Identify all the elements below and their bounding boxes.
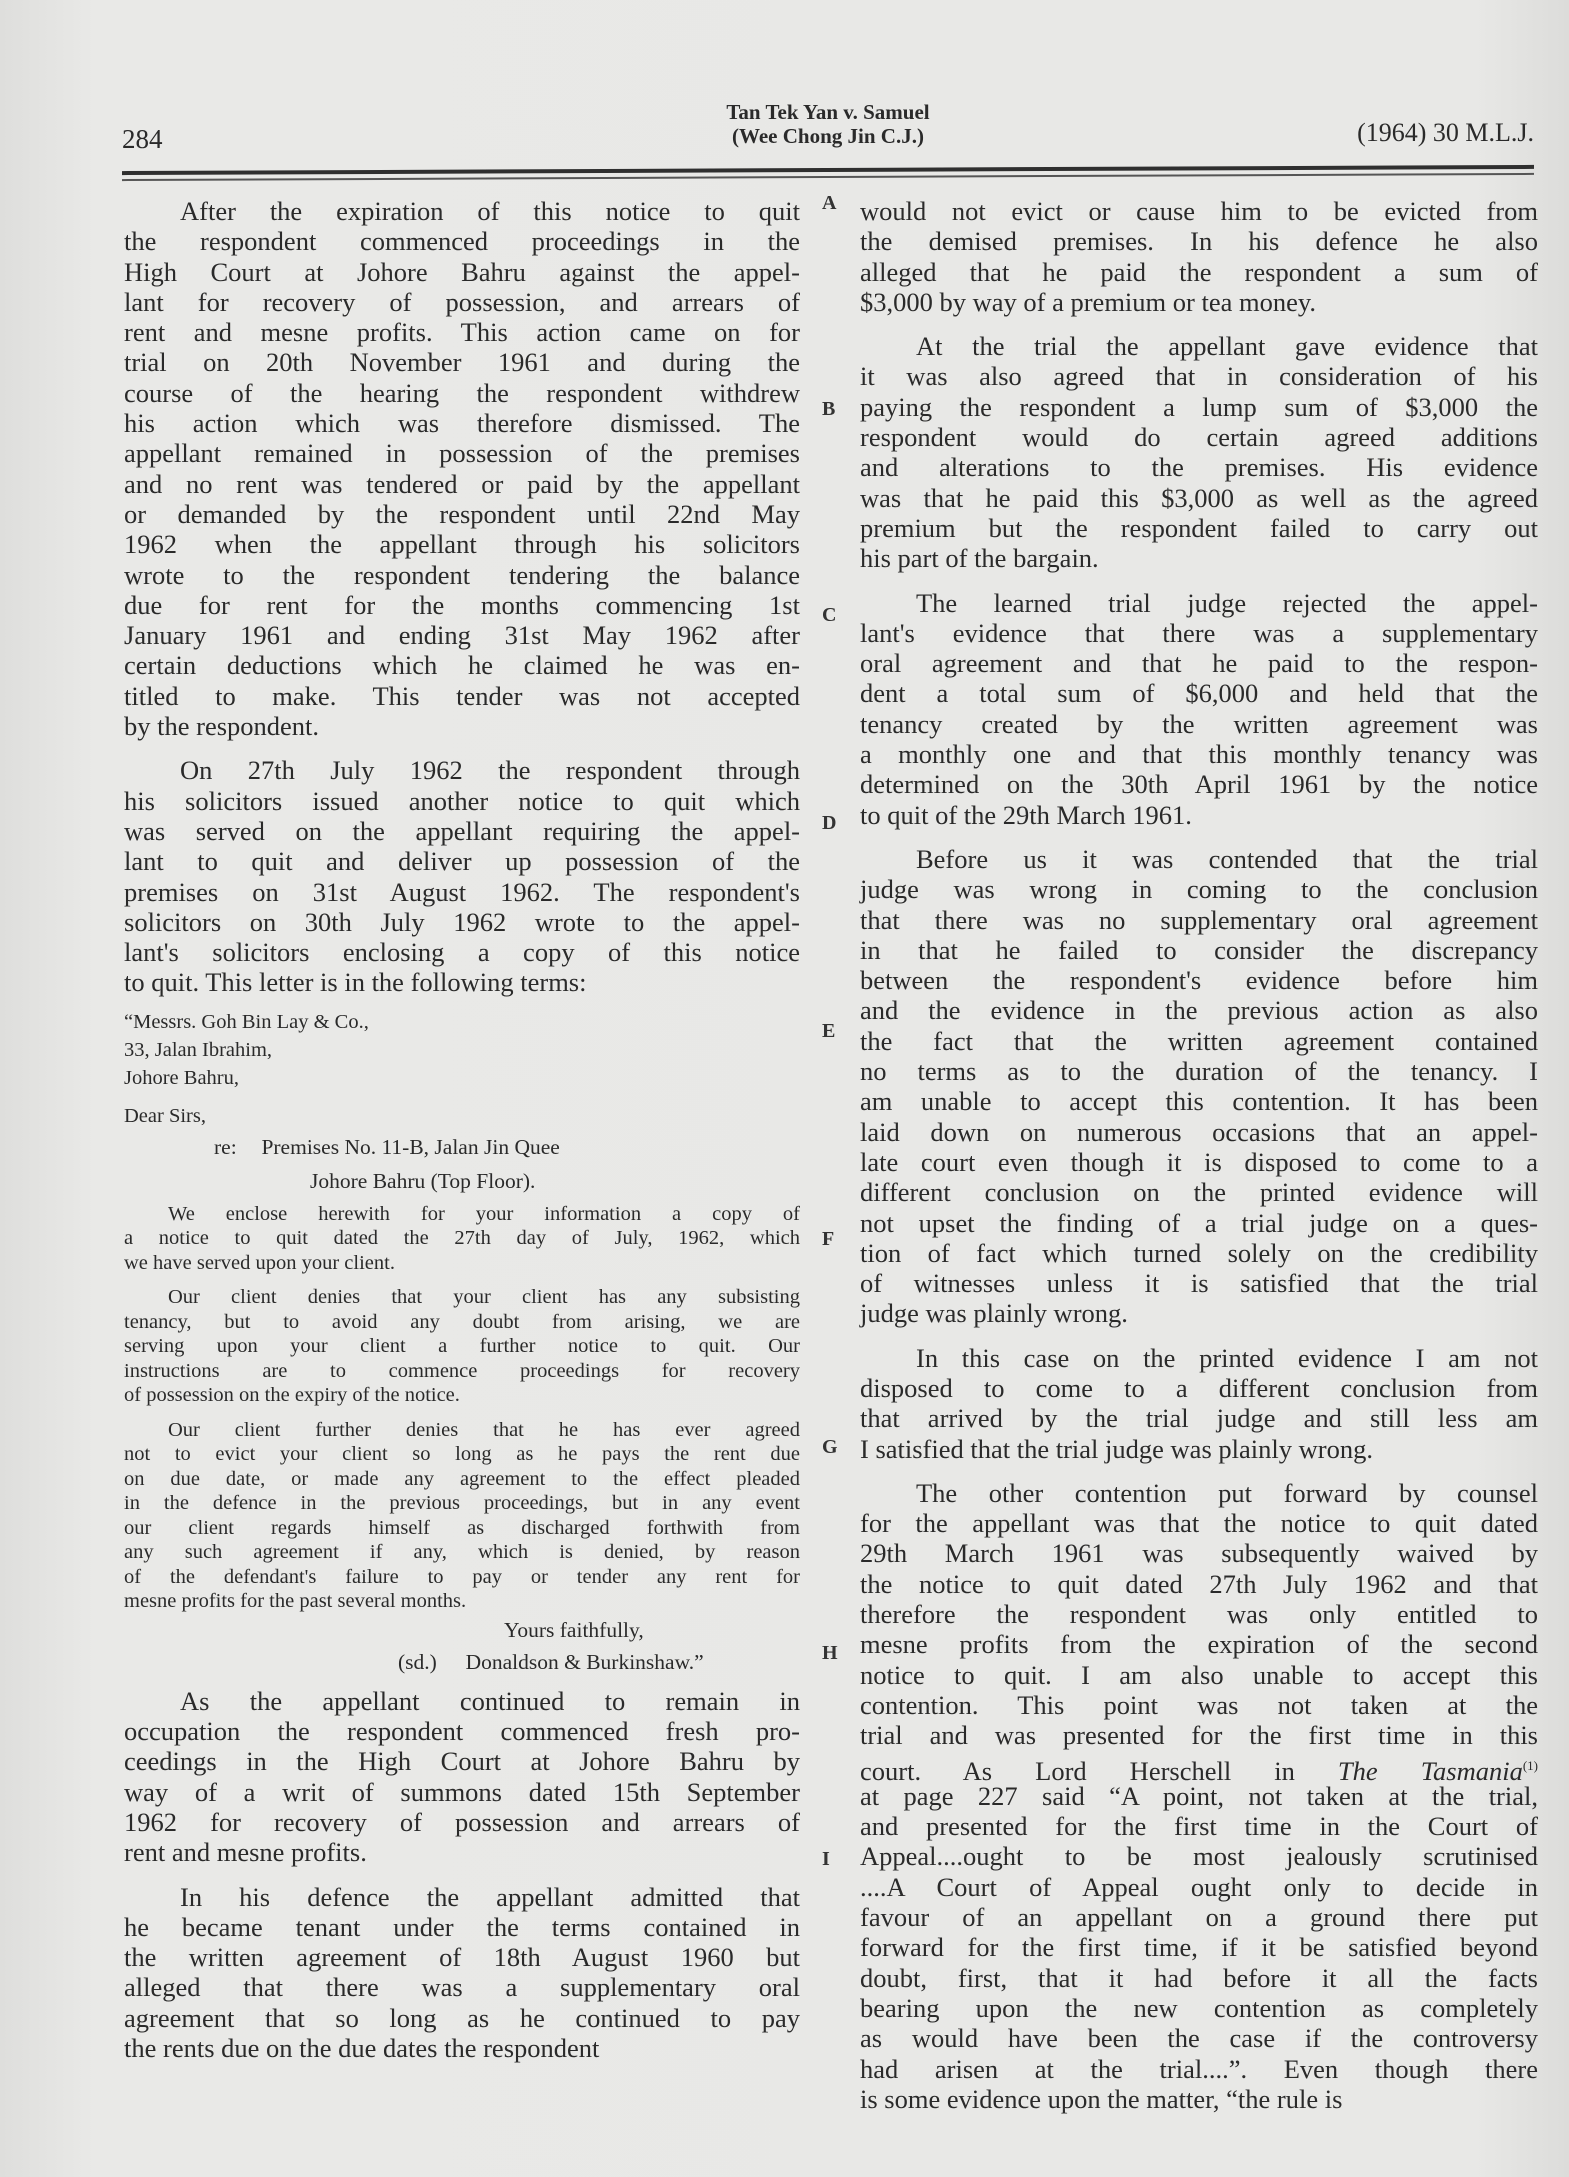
judge-name: (Wee Chong Jin C.J.) [122, 124, 1534, 148]
text-line: that arrived by the trial judge and stil… [860, 1403, 1538, 1433]
letter-address-line: 33, Jalan Ibrahim, [124, 1036, 800, 1064]
right-column: would not evict or cause him to be evict… [860, 196, 1538, 2114]
margin-letter-h: H [822, 1642, 838, 1665]
text-line: titled to make. This tender was not acce… [124, 681, 800, 711]
text-line: and presented for the first time in the … [860, 1811, 1538, 1841]
text-line: 29th March 1961 was subsequently waived … [860, 1538, 1538, 1568]
text-line: contention. This point was not taken at … [860, 1690, 1538, 1720]
text-line: At the trial the appellant gave evidence… [860, 331, 1538, 361]
text-line: determined on the 30th April 1961 by the… [860, 769, 1538, 799]
text-line: After the expiration of this notice to q… [124, 196, 800, 226]
paragraph: The learned trial judge rejected the app… [860, 588, 1538, 830]
text-line: on due date, or made any agreement to th… [124, 1467, 800, 1492]
text-line: of witnesses unless it is satisfied that… [860, 1268, 1538, 1298]
text-line: premises on 31st August 1962. The respon… [124, 877, 800, 907]
text-line: We enclose herewith for your information… [124, 1202, 800, 1227]
text-line: Before us it was contended that the tria… [860, 844, 1538, 874]
text-line: The other contention put forward by coun… [860, 1478, 1538, 1508]
signature-name: Donaldson & Burkinshaw.” [466, 1650, 704, 1674]
text-line: oral agreement and that he paid to the r… [860, 648, 1538, 678]
text-line: had arisen at the trial....”. Even thoug… [860, 2054, 1538, 2084]
text-line: of possession on the expiry of the notic… [124, 1383, 800, 1408]
letter-salutation: Dear Sirs, [124, 1102, 800, 1130]
text-line: in the defence in the previous proceedin… [124, 1491, 800, 1516]
letter-re-label: re: [214, 1135, 237, 1159]
text-line: trial and was presented for the first ti… [860, 1720, 1538, 1750]
text-line: a monthly one and that this monthly tena… [860, 739, 1538, 769]
text-line: by the respondent. [124, 711, 800, 741]
text-line: 1962 when the appellant through his soli… [124, 529, 800, 559]
text-line: and the evidence in the previous action … [860, 995, 1538, 1025]
text-line: different conclusion on the printed evid… [860, 1177, 1538, 1207]
text-line: notice to quit. I am also unable to acce… [860, 1660, 1538, 1690]
paragraph: at page 227 said “A point, not taken at … [860, 1781, 1538, 2114]
paragraph: In this case on the printed evidence I a… [860, 1343, 1538, 1464]
text-line: late court even though it is disposed to… [860, 1147, 1538, 1177]
text-line: The learned trial judge rejected the app… [860, 588, 1538, 618]
text-line: and alterations to the premises. His evi… [860, 452, 1538, 482]
text-line: appellant remained in possession of the … [124, 438, 800, 468]
text-line: the notice to quit dated 27th July 1962 … [860, 1569, 1538, 1599]
text-line: not to evict your client so long as he p… [124, 1442, 800, 1467]
paragraph: After the expiration of this notice to q… [124, 196, 800, 741]
text-line: due for rent for the months commencing 1… [124, 590, 800, 620]
text-line: would not evict or cause him to be evict… [860, 196, 1538, 226]
text-line: course of the hearing the respondent wit… [124, 378, 800, 408]
text-line: that there was no supplementary oral agr… [860, 905, 1538, 935]
text-line: rent and mesne profits. This action came… [124, 317, 800, 347]
document-page: 284 Tan Tek Yan v. Samuel (Wee Chong Jin… [0, 0, 1569, 2177]
report-citation: (1964) 30 M.L.J. [1357, 118, 1534, 148]
text-line: between the respondent's evidence before… [860, 965, 1538, 995]
running-title: Tan Tek Yan v. Samuel (Wee Chong Jin C.J… [122, 100, 1534, 148]
text-line: I satisfied that the trial judge was pla… [860, 1434, 1538, 1464]
paragraph: As the appellant continued to remain ino… [124, 1686, 800, 1868]
text-line: the fact that the written agreement cont… [860, 1026, 1538, 1056]
text-line: of the defendant's failure to pay or ten… [124, 1565, 800, 1590]
text-line: January 1961 and ending 31st May 1962 af… [124, 620, 800, 650]
text-line: it was also agreed that in consideration… [860, 361, 1538, 391]
text-line: any such agreement if any, which is deni… [124, 1540, 800, 1565]
letter-paragraph: We enclose herewith for your information… [124, 1202, 800, 1276]
text-line: he became tenant under the terms contain… [124, 1912, 800, 1942]
text-line: alleged that there was a supplementary o… [124, 1972, 800, 2002]
text-line: to quit of the 29th March 1961. [860, 800, 1538, 830]
text-line: trial on 20th November 1961 and during t… [124, 347, 800, 377]
letter-paragraph: Our client denies that your client has a… [124, 1285, 800, 1408]
text-line: As the appellant continued to remain in [124, 1686, 800, 1716]
text-line: judge was wrong in coming to the conclus… [860, 874, 1538, 904]
text-line: occupation the respondent commenced fres… [124, 1716, 800, 1746]
text-line: our client regards himself as discharged… [124, 1516, 800, 1541]
text-line: High Court at Johore Bahru against the a… [124, 257, 800, 287]
text-line: tion of fact which turned solely on the … [860, 1238, 1538, 1268]
text-line: paying the respondent a lump sum of $3,0… [860, 392, 1538, 422]
text-line: tenancy, but to avoid any doubt from ari… [124, 1310, 800, 1335]
margin-letter-a: A [822, 192, 836, 215]
text-line: his part of the bargain. [860, 543, 1538, 573]
text-line: and no rent was tendered or paid by the … [124, 469, 800, 499]
case-title: Tan Tek Yan v. Samuel [122, 100, 1534, 124]
text-line: premium but the respondent failed to car… [860, 513, 1538, 543]
text-line: certain deductions which he claimed he w… [124, 650, 800, 680]
text-line: 1962 for recovery of possession and arre… [124, 1807, 800, 1837]
text-line: the written agreement of 18th August 196… [124, 1942, 800, 1972]
margin-letter-c: C [822, 604, 836, 627]
text-line: for the appellant was that the notice to… [860, 1508, 1538, 1538]
text-line: judge was plainly wrong. [860, 1298, 1538, 1328]
text-line: the demised premises. In his defence he … [860, 226, 1538, 256]
text-line: or demanded by the respondent until 22nd… [124, 499, 800, 529]
text-line: at page 227 said “A point, not taken at … [860, 1781, 1538, 1811]
text-line: dent a total sum of $6,000 and held that… [860, 678, 1538, 708]
text-line: ceedings in the High Court at Johore Bah… [124, 1746, 800, 1776]
letter-re-subject: Premises No. 11-B, Jalan Jin Quee [261, 1135, 559, 1159]
letter-re-line: re: Premises No. 11-B, Jalan Jin Quee [124, 1130, 800, 1164]
text-line: Our client denies that your client has a… [124, 1285, 800, 1310]
text-line: his solicitors issued another notice to … [124, 786, 800, 816]
text-line: Our client further denies that he has ev… [124, 1418, 800, 1443]
citation-line: court. As Lord Herschell in The Tasmania… [860, 1751, 1538, 1781]
text-line: no terms as to the duration of the tenan… [860, 1056, 1538, 1086]
text-line: is some evidence upon the matter, “the r… [860, 2084, 1538, 2114]
text-line: laid down on numerous occasions that an … [860, 1117, 1538, 1147]
letter-address-line: Johore Bahru, [124, 1064, 800, 1092]
text-line: forward for the first time, if it be sat… [860, 1932, 1538, 1962]
letter-address-line: “Messrs. Goh Bin Lay & Co., [124, 1008, 800, 1036]
left-column: After the expiration of this notice to q… [124, 196, 800, 2063]
text-line: wrote to the respondent tendering the ba… [124, 560, 800, 590]
text-line: am unable to accept this contention. It … [860, 1086, 1538, 1116]
text-line: On 27th July 1962 the respondent through [124, 755, 800, 785]
text-line: In this case on the printed evidence I a… [860, 1343, 1538, 1373]
paragraph: Before us it was contended that the tria… [860, 844, 1538, 1329]
margin-letter-g: G [822, 1436, 838, 1459]
text-line: the respondent commenced proceedings in … [124, 226, 800, 256]
text-line: $3,000 by way of a premium or tea money. [860, 287, 1538, 317]
text-line: solicitors on 30th July 1962 wrote to th… [124, 907, 800, 937]
text-line: lant for recovery of possession, and arr… [124, 287, 800, 317]
paragraph: At the trial the appellant gave evidence… [860, 331, 1538, 573]
text-line: Appeal....ought to be most jealously scr… [860, 1841, 1538, 1871]
text-line: mesne profits from the expiration of the… [860, 1629, 1538, 1659]
text-line: lant's evidence that there was a supplem… [860, 618, 1538, 648]
text-line: bearing upon the new contention as compl… [860, 1993, 1538, 2023]
text-line: alleged that he paid the respondent a su… [860, 257, 1538, 287]
text-line: the rents due on the due dates the respo… [124, 2033, 800, 2063]
text-line: a notice to quit dated the 27th day of J… [124, 1226, 800, 1251]
text-line: rent and mesne profits. [124, 1837, 800, 1867]
text-line: mesne profits for the past several month… [124, 1589, 800, 1614]
margin-letter-i: I [822, 1848, 830, 1871]
text-line: as would have been the case if the contr… [860, 2023, 1538, 2053]
text-line: therefore the respondent was only entitl… [860, 1599, 1538, 1629]
text-line: ....A Court of Appeal ought only to deci… [860, 1872, 1538, 1902]
text-line: agreement that so long as he continued t… [124, 2003, 800, 2033]
letter-closing: Yours faithfully, [124, 1614, 800, 1646]
text-line: lant to quit and deliver up possession o… [124, 846, 800, 876]
text-line: doubt, first, that it had before it all … [860, 1963, 1538, 1993]
text-line: lant's solicitors enclosing a copy of th… [124, 937, 800, 967]
text-line: to quit. This letter is in the following… [124, 967, 800, 997]
paragraph: On 27th July 1962 the respondent through… [124, 755, 800, 997]
paragraph: would not evict or cause him to be evict… [860, 196, 1538, 317]
text-line: instructions are to commence proceedings… [124, 1359, 800, 1384]
signature-prefix: (sd.) [398, 1650, 437, 1674]
margin-letter-d: D [822, 812, 836, 835]
margin-letter-b: B [822, 398, 835, 421]
text-line: respondent would do certain agreed addit… [860, 422, 1538, 452]
letter-re-subject-continued: Johore Bahru (Top Floor). [124, 1164, 800, 1198]
text-line: disposed to come to a different conclusi… [860, 1373, 1538, 1403]
text-line: his action which was therefore dismissed… [124, 408, 800, 438]
paragraph: The other contention put forward by coun… [860, 1478, 1538, 1751]
text-line: way of a writ of summons dated 15th Sept… [124, 1777, 800, 1807]
text-line: favour of an appellant on a ground there… [860, 1902, 1538, 1932]
text-line: tenancy created by the written agreement… [860, 709, 1538, 739]
footnote-ref: (1) [1523, 1758, 1538, 1773]
margin-letter-e: E [822, 1020, 835, 1043]
letter-quote: “Messrs. Goh Bin Lay & Co., 33, Jalan Ib… [124, 1008, 800, 1678]
margin-letter-f: F [822, 1228, 834, 1251]
text-line: In his defence the appellant admitted th… [124, 1882, 800, 1912]
text-line: was that he paid this $3,000 as well as … [860, 483, 1538, 513]
letter-signature: (sd.) Donaldson & Burkinshaw.” [124, 1646, 800, 1678]
text-line: was served on the appellant requiring th… [124, 816, 800, 846]
text-line: in that he failed to consider the discre… [860, 935, 1538, 965]
paragraph: In his defence the appellant admitted th… [124, 1882, 800, 2064]
text-line: we have served upon your client. [124, 1251, 800, 1276]
letter-paragraph: Our client further denies that he has ev… [124, 1418, 800, 1614]
text-line: serving upon your client a further notic… [124, 1334, 800, 1359]
text-line: not upset the finding of a trial judge o… [860, 1208, 1538, 1238]
